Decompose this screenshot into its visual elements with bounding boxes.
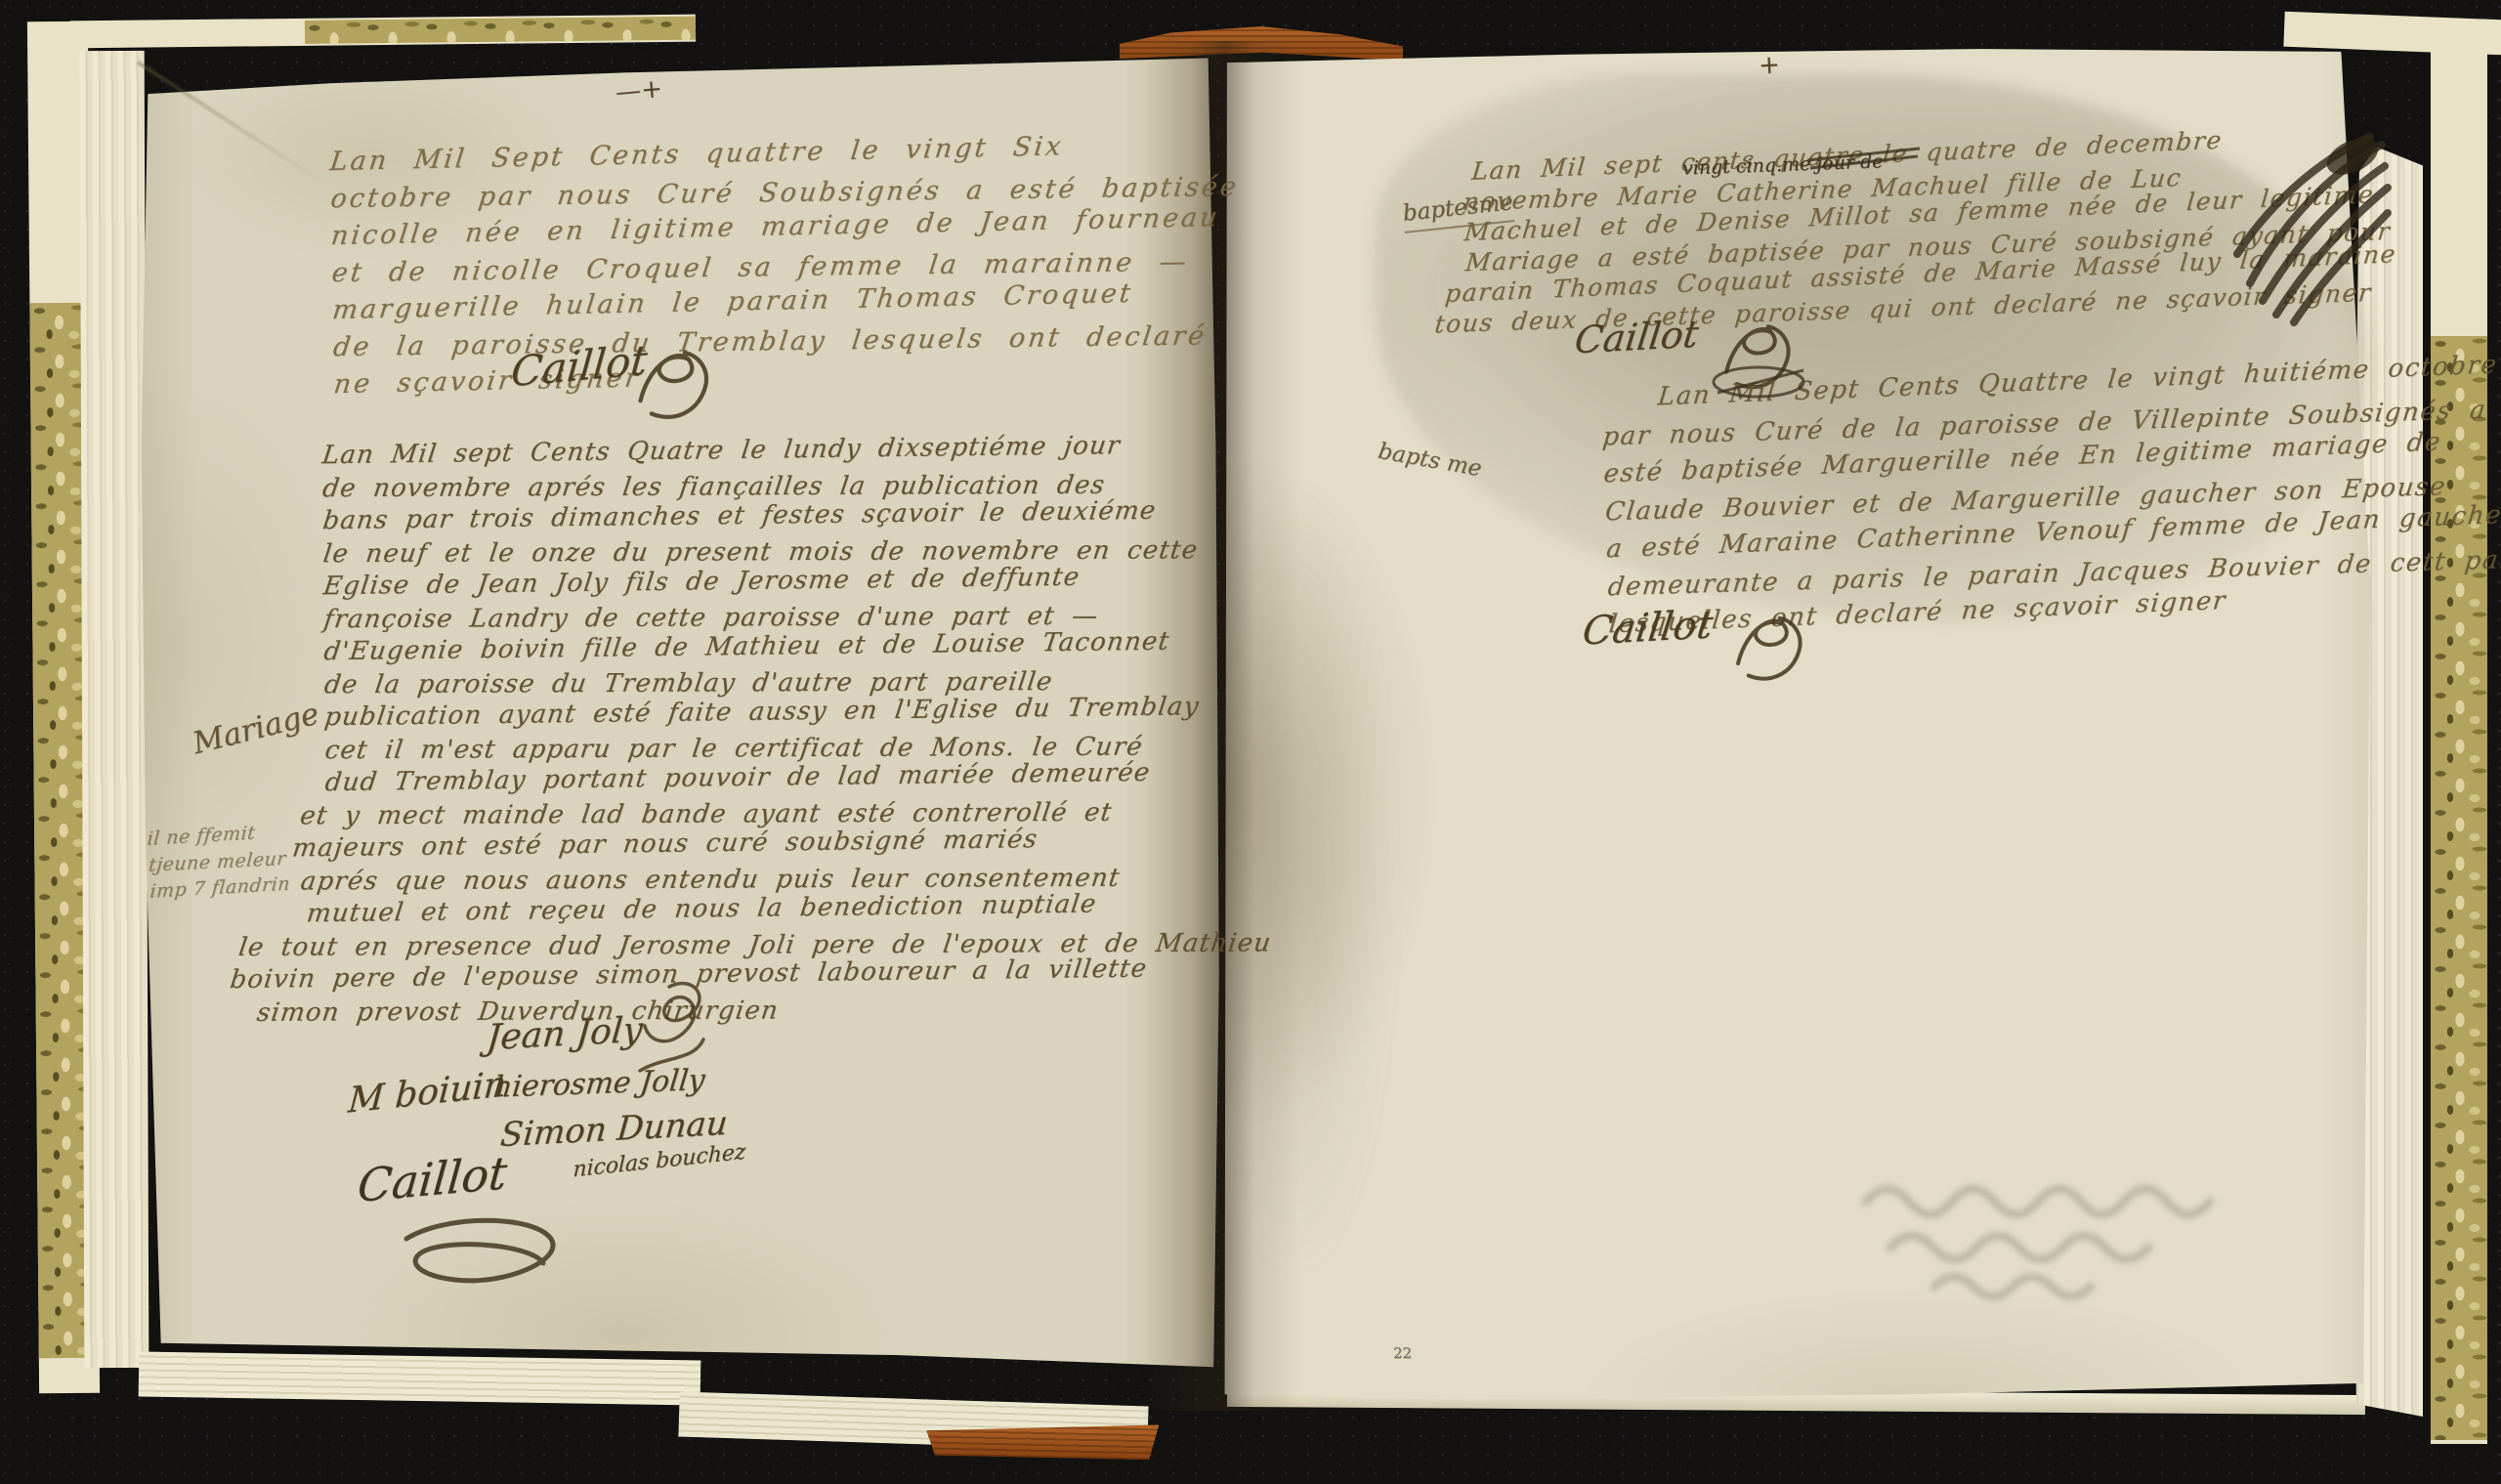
marbled-paper-pattern [305,17,696,44]
signature-caillot: Caillot [1572,313,1701,362]
open-register-photograph: —+ Lan Mil Sept Cents quattre le vingt S… [0,0,2501,1484]
marbled-cover-right [2431,25,2487,1444]
page-stack-edge-bottom [139,1351,701,1405]
ink-bleedthrough-ghost [1856,1158,2276,1319]
marbled-cover-top [70,15,696,49]
strikethrough-mark [1802,143,1929,172]
ink-blot-scribble [2225,127,2392,337]
cross-mark: —+ [615,74,663,107]
signature-caillot: Caillot [1580,602,1716,654]
cross-mark: + [1758,50,1780,80]
circled-strikethrough [1708,361,1815,403]
page-stack-edge-left [80,51,149,1368]
signature-paraph-large [387,1209,572,1293]
cover-corner-top-right [2283,12,2501,56]
folio-number: 22 [1393,1344,1412,1362]
signature-paraph [633,334,716,427]
signature-paraph [1731,598,1809,691]
text-line: simon prevost Duverdun chirurgien [255,993,1274,1030]
margin-note-faint: il ne ffemittjeune meleurimp 7 flandrin [145,819,289,905]
signature-jean-joly: Jean Joly [485,1010,644,1059]
marriage-entry-joly-boivin: Lan Mil sept Cents Quatre le lundy dixse… [319,432,1270,1029]
baptism-entry-nicolle: Lan Mil Sept Cents quattre le vingt Sixo… [327,128,1241,403]
